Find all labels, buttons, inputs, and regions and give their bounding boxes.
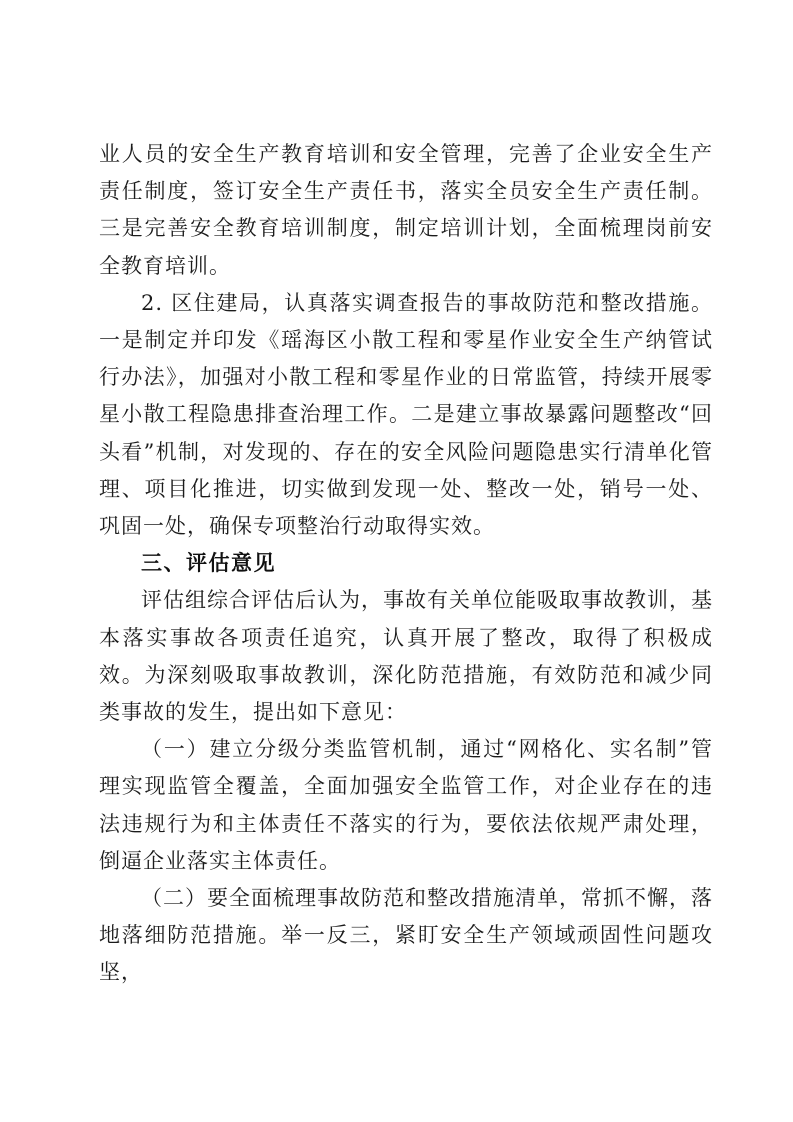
paragraph-evaluation-summary: 评估组综合评估后认为，事故有关单位能吸取事故教训，基本落实事故各项责任追究，认真… — [99, 582, 713, 731]
paragraph-opinion-1: （一）建立分级分类监管机制，通过“网格化、实名制”管理实现监管全覆盖，全面加强安… — [99, 731, 713, 880]
paragraph-opinion-2: （二）要全面梳理事故防范和整改措施清单，常抓不懈，落地落细防范措施。举一反三，紧… — [99, 880, 713, 992]
section-heading-evaluation-opinions: 三、评估意见 — [99, 545, 713, 582]
paragraph-item-2: 2. 区住建局，认真落实调查报告的事故防范和整改措施。一是制定并印发《瑶海区小散… — [99, 285, 713, 545]
document-body: 业人员的安全生产教育培训和安全管理，完善了企业安全生产责任制度，签订安全生产责任… — [99, 136, 713, 992]
document-page: 业人员的安全生产教育培训和安全管理，完善了企业安全生产责任制度，签订安全生产责任… — [0, 0, 793, 1122]
paragraph-continuation: 业人员的安全生产教育培训和安全管理，完善了企业安全生产责任制度，签订安全生产责任… — [99, 136, 713, 285]
